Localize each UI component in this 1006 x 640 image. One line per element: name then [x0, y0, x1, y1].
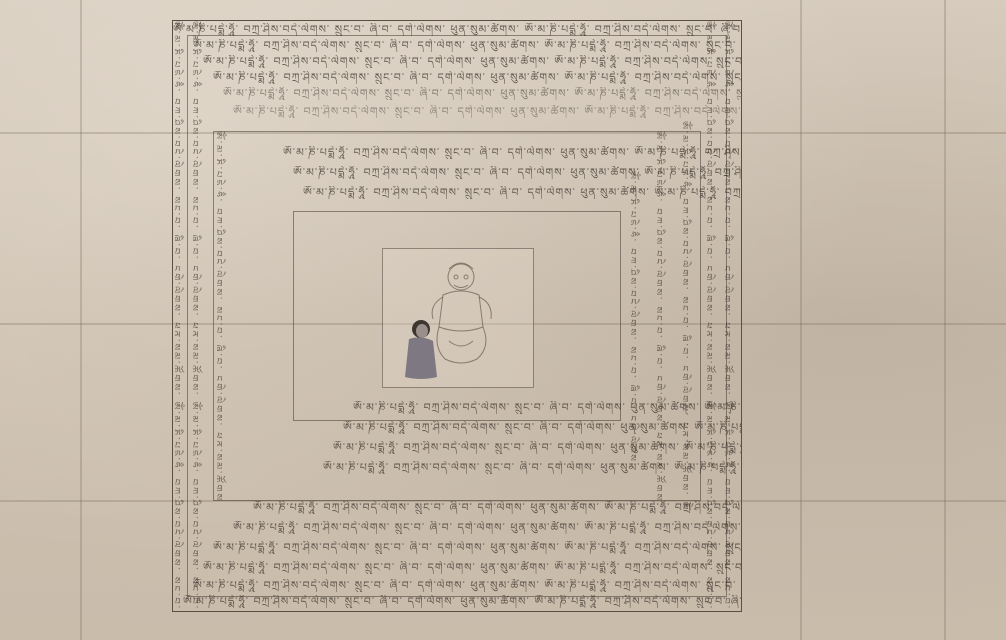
script-row: ༀ་མ་ཎི་པདྨེ་ཧཱུྃ་ བཀྲ་ཤིས་བདེ་ལེགས་ སྲུང… — [173, 541, 741, 554]
fold-crease — [944, 0, 946, 640]
script-row: ༀ་མ་ཎི་པདྨེ་ཧཱུྃ་ བཀྲ་ཤིས་བདེ་ལེགས་ སྲུང… — [173, 23, 741, 36]
script-row: ༀ་མ་ཎི་པདྨེ་ཧཱུྃ་ བཀྲ་ཤིས་བདེ་ལེགས་ སྲུང… — [173, 441, 741, 454]
script-row: ༀ་མ་ཎི་པདྨེ་ཧཱུྃ་ བཀྲ་ཤིས་བདེ་ལེགས་ སྲུང… — [173, 595, 741, 608]
script-row: ༀ་མ་ཎི་པདྨེ་ཧཱུྃ་ བཀྲ་ཤིས་བདེ་ལེགས་ སྲུང… — [173, 579, 741, 592]
script-row: ༀ་མ་ཎི་པདྨེ་ཧཱུྃ་ བཀྲ་ཤིས་བདེ་ལེགས་ སྲུང… — [173, 146, 741, 159]
script-column: ༀ་མ་ཎི་པདྨེ་ཧཱུྃ་ བཀྲ་ཤིས་བདེ་ལེགས་ སྲུང… — [631, 171, 645, 461]
script-column: ༀ་མ་ཎི་པདྨེ་ཧཱུྃ་ བཀྲ་ཤིས་བདེ་ལེགས་ སྲུང… — [707, 21, 721, 611]
photograph: ༀ་མ་ཎི་པདྨེ་ཧཱུྃ་ བཀྲ་ཤིས་བདེ་ལེགས་ སྲུང… — [0, 0, 1006, 640]
script-column: ༀ་མ་ཎི་པདྨེ་ཧཱུྃ་ བཀྲ་ཤིས་བདེ་ལེགས་ སྲུང… — [175, 21, 189, 611]
central-image-panel — [382, 248, 534, 388]
script-row: ༀ་མ་ཎི་པདྨེ་ཧཱུྃ་ བཀྲ་ཤིས་བདེ་ལེགས་ སྲུང… — [173, 105, 741, 118]
script-row: ༀ་མ་ཎི་པདྨེ་ཧཱུྃ་ བཀྲ་ཤིས་བདེ་ལེགས་ སྲུང… — [173, 401, 741, 414]
script-row: ༀ་མ་ཎི་པདྨེ་ཧཱུྃ་ བཀྲ་ཤིས་བདེ་ལེགས་ སྲུང… — [173, 501, 741, 514]
script-row: ༀ་མ་ཎི་པདྨེ་ཧཱུྃ་ བཀྲ་ཤིས་བདེ་ལེགས་ སྲུང… — [173, 461, 741, 474]
script-column: ༀ་མ་ཎི་པདྨེ་ཧཱུྃ་ བཀྲ་ཤིས་བདེ་ལེགས་ སྲུང… — [683, 121, 697, 511]
seated-figure-drawing — [401, 319, 441, 381]
script-row: ༀ་མ་ཎི་པདྨེ་ཧཱུྃ་ བཀྲ་ཤིས་བདེ་ལེགས་ སྲུང… — [173, 166, 741, 179]
script-row: ༀ་མ་ཎི་པདྨེ་ཧཱུྃ་ བཀྲ་ཤིས་བདེ་ལེགས་ སྲུང… — [173, 186, 741, 199]
script-row: ༀ་མ་ཎི་པདྨེ་ཧཱུྃ་ བཀྲ་ཤིས་བདེ་ལེགས་ སྲུང… — [173, 521, 741, 534]
fold-crease — [800, 0, 802, 640]
script-column: ༀ་མ་ཎི་པདྨེ་ཧཱུྃ་ བཀྲ་ཤིས་བདེ་ལེགས་ སྲུང… — [217, 131, 231, 501]
script-row: ༀ་མ་ཎི་པདྨེ་ཧཱུྃ་ བཀྲ་ཤིས་བདེ་ལེགས་ སྲུང… — [173, 55, 741, 68]
script-column: ༀ་མ་ཎི་པདྨེ་ཧཱུྃ་ བཀྲ་ཤིས་བདེ་ལེགས་ སྲུང… — [193, 21, 207, 611]
fold-crease — [80, 0, 82, 640]
script-row: ༀ་མ་ཎི་པདྨེ་ཧཱུྃ་ བཀྲ་ཤིས་བདེ་ལེགས་ སྲུང… — [173, 87, 741, 100]
script-row: ༀ་མ་ཎི་པདྨེ་ཧཱུྃ་ བཀྲ་ཤིས་བདེ་ལེགས་ སྲུང… — [173, 71, 741, 84]
script-column: ༀ་མ་ཎི་པདྨེ་ཧཱུྃ་ བཀྲ་ཤིས་བདེ་ལེགས་ སྲུང… — [725, 21, 739, 611]
script-row: ༀ་མ་ཎི་པདྨེ་ཧཱུྃ་ བཀྲ་ཤིས་བདེ་ལེགས་ སྲུང… — [173, 421, 741, 434]
script-row: ༀ་མ་ཎི་པདྨེ་ཧཱུྃ་ བཀྲ་ཤིས་བདེ་ལེགས་ སྲུང… — [173, 561, 741, 574]
script-column: ༀ་མ་ཎི་པདྨེ་ཧཱུྃ་ བཀྲ་ཤིས་བདེ་ལེགས་ སྲུང… — [657, 131, 671, 501]
script-row: ༀ་མ་ཎི་པདྨེ་ཧཱུྃ་ བཀྲ་ཤིས་བདེ་ལེགས་ སྲུང… — [173, 39, 741, 52]
